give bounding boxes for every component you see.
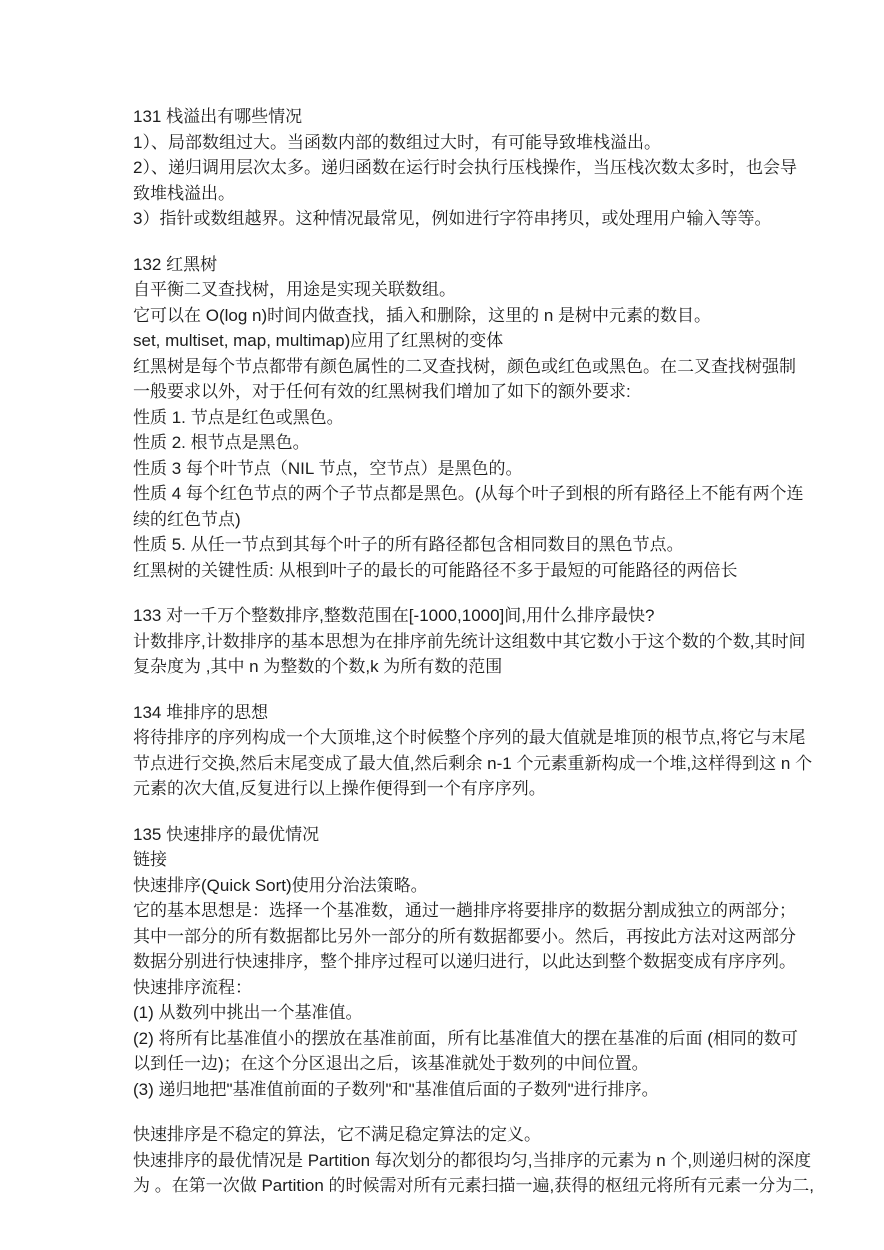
text-line: 135 快速排序的最优情况: [133, 822, 813, 848]
text-line: 133 对一千万个整数排序,整数范围在[-1000,1000]间,用什么排序最快…: [133, 603, 813, 629]
document-content: 131 栈溢出有哪些情况1）、局部数组过大。当函数内部的数组过大时，有可能导致堆…: [133, 104, 813, 1219]
text-line: 红黑树是每个节点都带有颜色属性的二叉查找树，颜色或红色或黑色。在二叉查找树强制: [133, 354, 813, 380]
text-line: 以到任一边)；在这个分区退出之后，该基准就处于数列的中间位置。: [133, 1051, 813, 1077]
text-line: 数据分别进行快速排序，整个排序过程可以递归进行，以此达到整个数据变成有序序列。: [133, 949, 813, 975]
text-line: 131 栈溢出有哪些情况: [133, 104, 813, 130]
section-135-quick-sort: 135 快速排序的最优情况链接快速排序(Quick Sort)使用分治法策略。它…: [133, 822, 813, 1103]
section-131-stack-overflow: 131 栈溢出有哪些情况1）、局部数组过大。当函数内部的数组过大时，有可能导致堆…: [133, 104, 813, 232]
section-134-heap-sort: 134 堆排序的思想将待排序的序列构成一个大顶堆,这个时候整个序列的最大值就是堆…: [133, 700, 813, 802]
text-line: 链接: [133, 847, 813, 873]
text-line: 节点进行交换,然后末尾变成了最大值,然后剩余 n-1 个元素重新构成一个堆,这样…: [133, 751, 813, 777]
text-line: 元素的次大值,反复进行以上操作便得到一个有序序列。: [133, 776, 813, 802]
text-line: 性质 5. 从任一节点到其每个叶子的所有路径都包含相同数目的黑色节点。: [133, 532, 813, 558]
text-line: 快速排序(Quick Sort)使用分治法策略。: [133, 873, 813, 899]
text-line: 续的红色节点): [133, 507, 813, 533]
text-line: 自平衡二叉查找树，用途是实现关联数组。: [133, 277, 813, 303]
text-line: 红黑树的关键性质: 从根到叶子的最长的可能路径不多于最短的可能路径的两倍长: [133, 558, 813, 584]
section-132-red-black-tree: 132 红黑树自平衡二叉查找树，用途是实现关联数组。它可以在 O(log n)时…: [133, 252, 813, 584]
text-line: 快速排序的最优情况是 Partition 每次划分的都很均匀,当排序的元素为 n…: [133, 1148, 813, 1174]
quick-sort-stability-note: 快速排序是不稳定的算法，它不满足稳定算法的定义。快速排序的最优情况是 Parti…: [133, 1122, 813, 1199]
text-line: 132 红黑树: [133, 252, 813, 278]
text-line: 3）指针或数组越界。这种情况最常见，例如进行字符串拷贝，或处理用户输入等等。: [133, 206, 813, 232]
section-133-counting-sort: 133 对一千万个整数排序,整数范围在[-1000,1000]间,用什么排序最快…: [133, 603, 813, 680]
text-line: 一般要求以外，对于任何有效的红黑树我们增加了如下的额外要求:: [133, 379, 813, 405]
text-line: 为 。在第一次做 Partition 的时候需对所有元素扫描一遍,获得的枢纽元将…: [133, 1173, 813, 1199]
text-line: 快速排序是不稳定的算法，它不满足稳定算法的定义。: [133, 1122, 813, 1148]
document-page: 131 栈溢出有哪些情况1）、局部数组过大。当函数内部的数组过大时，有可能导致堆…: [0, 0, 884, 1250]
text-line: 性质 3 每个叶节点（NIL 节点，空节点）是黑色的。: [133, 456, 813, 482]
text-line: (1) 从数列中挑出一个基准值。: [133, 1000, 813, 1026]
text-line: 计数排序,计数排序的基本思想为在排序前先统计这组数中其它数小于这个数的个数,其时…: [133, 629, 813, 655]
text-line: 它可以在 O(log n)时间内做查找，插入和删除，这里的 n 是树中元素的数目…: [133, 303, 813, 329]
text-line: 性质 4 每个红色节点的两个子节点都是黑色。(从每个叶子到根的所有路径上不能有两…: [133, 481, 813, 507]
text-line: 它的基本思想是：选择一个基准数，通过一趟排序将要排序的数据分割成独立的两部分；: [133, 898, 813, 924]
text-line: 1）、局部数组过大。当函数内部的数组过大时，有可能导致堆栈溢出。: [133, 130, 813, 156]
text-line: 快速排序流程：: [133, 975, 813, 1001]
text-line: 其中一部分的所有数据都比另外一部分的所有数据都要小。然后，再按此方法对这两部分: [133, 924, 813, 950]
text-line: 将待排序的序列构成一个大顶堆,这个时候整个序列的最大值就是堆顶的根节点,将它与末…: [133, 725, 813, 751]
text-line: 复杂度为 ,其中 n 为整数的个数,k 为所有数的范围: [133, 654, 813, 680]
text-line: 致堆栈溢出。: [133, 181, 813, 207]
text-line: 134 堆排序的思想: [133, 700, 813, 726]
text-line: 2）、递归调用层次太多。递归函数在运行时会执行压栈操作，当压栈次数太多时，也会导: [133, 155, 813, 181]
text-line: 性质 1. 节点是红色或黑色。: [133, 405, 813, 431]
text-line: set, multiset, map, multimap)应用了红黑树的变体: [133, 328, 813, 354]
text-line: (2) 将所有比基准值小的摆放在基准前面，所有比基准值大的摆在基准的后面 (相同…: [133, 1026, 813, 1052]
text-line: 性质 2. 根节点是黑色。: [133, 430, 813, 456]
text-line: (3) 递归地把"基准值前面的子数列"和"基准值后面的子数列"进行排序。: [133, 1077, 813, 1103]
